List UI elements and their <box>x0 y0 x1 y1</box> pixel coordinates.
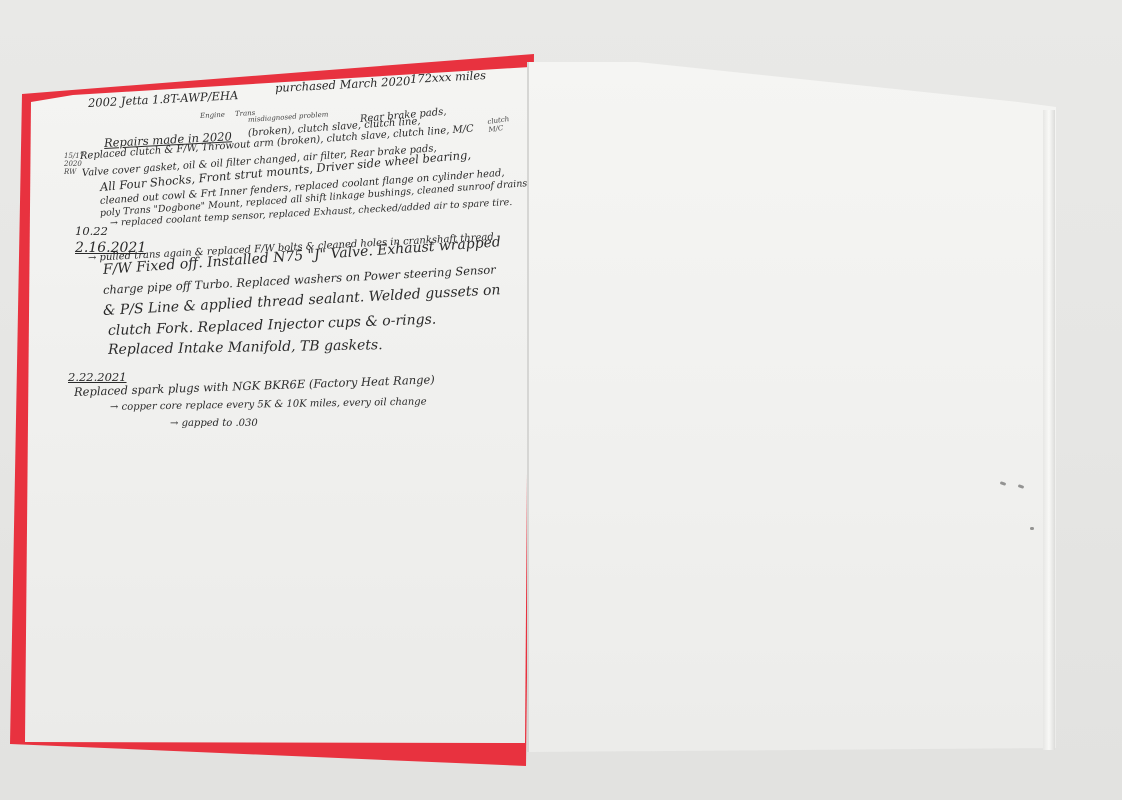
log-line-0222-3: → gapped to .030 <box>170 418 258 429</box>
entry-date-10-22: 10.22 <box>75 224 108 238</box>
log-line-0222-2: → copper core replace every 5K & 10K mil… <box>110 396 427 413</box>
annotation-misdiagnosed: misdiagnosed problem <box>248 110 329 124</box>
log-line-0222-1: Replaced spark plugs with NGK BKR6E (Fac… <box>74 372 435 399</box>
engine-note: Engine <box>200 111 225 120</box>
margin-note: 15/17 2020 RW <box>64 152 78 176</box>
annotation-clutch-mc: clutch M/C <box>487 115 509 134</box>
purchase-date: purchased March 2020 <box>275 74 411 95</box>
log-line-0216-6: Replaced Intake Manifold, TB gaskets. <box>108 337 383 358</box>
entry-date-2-22-2021: 2.22.2021 <box>68 370 127 384</box>
log-text: copper core replace every 5K & 10K miles… <box>121 396 426 412</box>
vehicle-title: 2002 Jetta 1.8T-AWP/EHA <box>88 88 239 110</box>
log-text: gapped to .030 <box>182 418 258 429</box>
handwritten-log: 2002 Jetta 1.8T-AWP/EHA Engine Trans pur… <box>0 0 1122 800</box>
mileage: 172xxx miles <box>410 68 487 86</box>
